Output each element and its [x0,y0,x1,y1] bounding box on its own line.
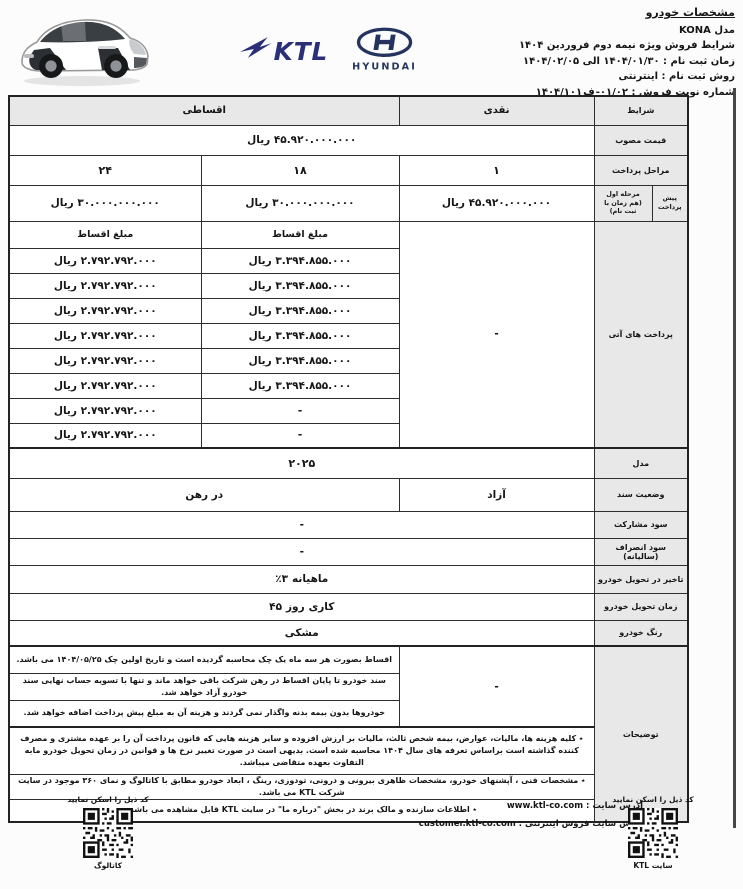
down-payment-stage-note: (هم زمان با ثبت نام) [598,199,649,217]
installment-note: خودروها بدون بیمه بدنه واگذار نمی گردند … [9,700,399,727]
catalog-qr-block: کد ذیل را اسکن نمایید کاتالوگ [48,795,168,870]
car-color-label: رنگ خودرو [594,620,688,646]
stages-24: ۲۴ [9,155,201,185]
model-line: مدل KONA [405,23,735,39]
table-row: شرایط نقدی اقساطی [9,96,688,125]
delivery-time-label: زمان تحویل خودرو [594,593,688,620]
installment-18: ۳.۳۹۴.۸۵۵.۰۰۰ ریال [201,273,399,298]
table-row: زمان تحویل خودرو ۴۵روزکاری [9,593,688,620]
table-row: پیش پرداخت مرحله اول (هم زمان با ثبت نام… [9,185,688,221]
delay-token: ماهیانه [292,573,328,585]
installment-24: ۲.۷۹۲.۷۹۲.۰۰۰ ریال [9,423,201,448]
table-row: وضعیت سند آزاد در رهن [9,478,688,511]
installment-note: سند خودرو تا پایان اقساط در رهن شرکت باق… [9,673,399,700]
installment-18: ۳.۳۹۴.۸۵۵.۰۰۰ ریال [201,373,399,398]
document-page: KTL HYUNDAI مشخصات خودرو مدل KONA شرایط … [0,0,743,889]
site-qr-block: کد ذیل را اسکن نمایید سایت KTL [593,795,713,870]
installment-18: - [201,423,399,448]
down-payment-cash: ۴۵.۹۲۰.۰۰۰.۰۰۰ ریال [399,185,594,221]
ktl-logo-text: KTL [274,36,329,65]
amount-header-18: مبلغ اقساط [201,221,399,248]
table-row: قیمت مصوب ۴۵.۹۲۰.۰۰۰.۰۰۰ ریال [9,125,688,155]
table-row: تاخیر در تحویل خودرو ٪۳ماهیانه [9,565,688,593]
site-qr-code [628,808,678,858]
installment-24: ۲.۷۹۲.۷۹۲.۰۰۰ ریال [9,398,201,423]
installment-24: ۲.۷۹۲.۷۹۲.۰۰۰ ریال [9,273,201,298]
ktl-logo: KTL [238,33,332,67]
col-header-cash: نقدی [399,96,594,125]
brand-logos: KTL HYUNDAI [238,22,423,77]
registration-period-line: زمان ثبت نام : ۱۴۰۴/۰۱/۳۰ الی ۱۴۰۴/۰۲/۰۵ [405,54,735,70]
notes-cash: - [399,646,594,727]
catalog-qr-code [83,808,133,858]
table-row: پرداخت های آتی - مبلغ اقساط مبلغ اقساط [9,221,688,248]
delivery-time-value: ۴۵روزکاری [9,593,594,620]
site-qr-caption: سایت KTL [593,861,713,870]
stages-cash: ۱ [399,155,594,185]
shop-url: customer.ktl-co.com [419,819,516,829]
scan-hint-right: کد ذیل را اسکن نمایید [593,795,713,804]
document-status-cash: آزاد [399,478,594,511]
installment-24: ۲.۷۹۲.۷۹۲.۰۰۰ ریال [9,298,201,323]
model-label: مدل [594,448,688,478]
document-status-installment: در رهن [9,478,399,511]
table-row: مدل ۲۰۲۵ [9,448,688,478]
header-text-block: مشخصات خودرو مدل KONA شرایط فروش ویژه نی… [405,5,735,100]
scan-hint-left: کد ذیل را اسکن نمایید [48,795,168,804]
car-image [6,2,158,92]
time-token: روز [286,601,305,613]
page-title: مشخصات خودرو [405,5,735,21]
stages-18: ۱۸ [201,155,399,185]
future-payments-cash: - [399,221,594,448]
general-note: ٭ کلیه هزینه ها، مالیات، عوارض، بیمه شخص… [9,727,594,774]
installment-18: ۳.۳۹۴.۸۵۵.۰۰۰ ریال [201,348,399,373]
registration-method-line: روش ثبت نام : اینترنتی [405,69,735,85]
installment-24: ۲.۷۹۲.۷۹۲.۰۰۰ ریال [9,323,201,348]
model-value: ۲۰۲۵ [9,448,594,478]
delivery-delay-value: ٪۳ماهیانه [9,565,594,593]
car-color-value: مشکی [9,620,594,646]
table-row: سود مشارکت - [9,511,688,538]
document-status-label: وضعیت سند [594,478,688,511]
cancellation-profit-value: - [9,538,594,565]
down-payment-18: ۳۰.۰۰۰.۰۰۰.۰۰۰ ریال [201,185,399,221]
offer-line: شرایط فروش ویژه نیمه دوم فروردین ۱۴۰۴ [405,38,735,54]
spec-table: شرایط نقدی اقساطی قیمت مصوب ۴۵.۹۲۰.۰۰۰.۰… [8,95,689,823]
stages-label: مراحل پرداخت [594,155,688,185]
down-payment-stage-label: مرحله اول (هم زمان با ثبت نام) [594,185,652,221]
table-row: توضیحات - اقساط بصورت هر سه ماه یک چک مح… [9,646,688,673]
down-payment-24: ۳۰.۰۰۰.۰۰۰.۰۰۰ ریال [9,185,201,221]
down-payment-stage: مرحله اول [598,190,649,199]
delay-token: ٪۳ [275,573,288,585]
approved-price-label: قیمت مصوب [594,125,688,155]
table-row: ٭ کلیه هزینه ها، مالیات، عوارض، بیمه شخص… [9,727,688,774]
ktl-swoosh-icon [240,37,272,58]
amount-header-24: مبلغ اقساط [9,221,201,248]
participation-profit-value: - [9,511,594,538]
site-url: www.ktl-co.com [507,801,583,811]
installment-18: ۳.۳۹۴.۸۵۵.۰۰۰ ریال [201,248,399,273]
delivery-delay-label: تاخیر در تحویل خودرو [594,565,688,593]
down-payment-label: پیش پرداخت [652,185,688,221]
installment-18: ۳.۳۹۴.۸۵۵.۰۰۰ ریال [201,298,399,323]
participation-profit-label: سود مشارکت [594,511,688,538]
col-header-installment: اقساطی [9,96,399,125]
approved-price-value: ۴۵.۹۲۰.۰۰۰.۰۰۰ ریال [9,125,594,155]
time-token: ۴۵ [269,601,282,613]
table-row: سود انصراف (سالیانه) - [9,538,688,565]
col-header-conditions: شرایط [594,96,688,125]
table-row: مراحل پرداخت ۱ ۱۸ ۲۴ [9,155,688,185]
installment-24: ۲.۷۹۲.۷۹۲.۰۰۰ ریال [9,348,201,373]
installment-24: ۲.۷۹۲.۷۹۲.۰۰۰ ریال [9,248,201,273]
catalog-qr-caption: کاتالوگ [48,861,168,870]
time-token: کاری [309,601,335,613]
installment-24: ۲.۷۹۲.۷۹۲.۰۰۰ ریال [9,373,201,398]
installment-18: ۳.۳۹۴.۸۵۵.۰۰۰ ریال [201,323,399,348]
table-row: رنگ خودرو مشکی [9,620,688,646]
installment-18: - [201,398,399,423]
scan-edge-artifact [733,88,736,828]
future-payments-label: پرداخت های آتی [594,221,688,448]
installment-note: اقساط بصورت هر سه ماه یک چک محاسبه گردید… [9,646,399,673]
cancellation-profit-label: سود انصراف (سالیانه) [594,538,688,565]
